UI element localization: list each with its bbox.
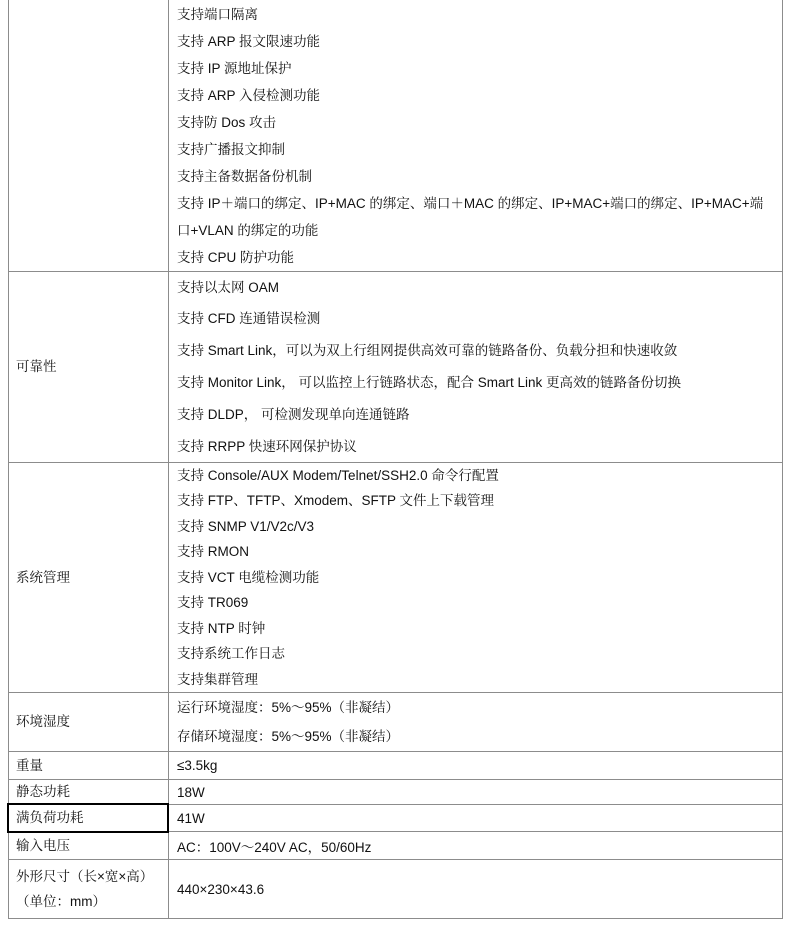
table-row: 静态功耗18W bbox=[9, 780, 782, 805]
spec-line: 支持 TR069 bbox=[177, 590, 774, 616]
spec-category-cell bbox=[9, 0, 169, 271]
table-row: 重量≤3.5kg bbox=[9, 752, 782, 780]
table-row: 可靠性支持以太网 OAM支持 CFD 连通错误检测支持 Smart Link，可… bbox=[9, 272, 782, 463]
spec-line: 支持 CFD 连通错误检测 bbox=[177, 303, 774, 335]
spec-line: 支持 DLDP， 可检测发现单向连通链路 bbox=[177, 399, 774, 431]
spec-value-cell: 支持端口隔离支持 ARP 报文限速功能支持 IP 源地址保护支持 ARP 入侵检… bbox=[169, 0, 782, 271]
table-row: 外形尺寸（长×宽×高）（单位：mm）440×230×43.6 bbox=[9, 860, 782, 919]
table-row: 输入电压AC：100V～240V AC，50/60Hz bbox=[9, 832, 782, 860]
spec-value-cell: 41W bbox=[169, 805, 782, 831]
spec-category-cell: 环境湿度 bbox=[9, 693, 169, 751]
spec-line: 支持 ARP 入侵检测功能 bbox=[177, 82, 774, 109]
spec-category-label: 外形尺寸（长×宽×高） bbox=[16, 864, 162, 889]
spec-category-cell: 输入电压 bbox=[9, 832, 169, 859]
spec-category-cell: 重量 bbox=[9, 752, 169, 779]
spec-category-label: 系统管理 bbox=[16, 566, 162, 590]
spec-value: ≤3.5kg bbox=[177, 758, 774, 773]
spec-value-cell: 支持以太网 OAM支持 CFD 连通错误检测支持 Smart Link，可以为双… bbox=[169, 272, 782, 462]
spec-category-label: 重量 bbox=[16, 754, 162, 778]
spec-category-cell: 系统管理 bbox=[9, 463, 169, 692]
spec-line: 支持广播报文抑制 bbox=[177, 136, 774, 163]
spec-value: 440×230×43.6 bbox=[177, 882, 774, 897]
spec-line: 运行环境湿度：5%～95%（非凝结） bbox=[177, 693, 774, 723]
spec-line: 支持 VCT 电缆检测功能 bbox=[177, 565, 774, 591]
spec-category-cell: 可靠性 bbox=[9, 272, 169, 462]
spec-category-label: 环境湿度 bbox=[16, 710, 162, 734]
table-row: 环境湿度运行环境湿度：5%～95%（非凝结）存储环境湿度：5%～95%（非凝结） bbox=[9, 693, 782, 752]
spec-line: 支持 FTP、TFTP、Xmodem、SFTP 文件上下载管理 bbox=[177, 488, 774, 514]
spec-line: 支持 ARP 报文限速功能 bbox=[177, 28, 774, 55]
spec-category-label: 输入电压 bbox=[16, 834, 162, 858]
spec-line: 支持 IP 源地址保护 bbox=[177, 55, 774, 82]
spec-line: 支持端口隔离 bbox=[177, 1, 774, 28]
spec-line: 存储环境湿度：5%～95%（非凝结） bbox=[177, 722, 774, 752]
spec-line: 支持 CPU 防护功能 bbox=[177, 244, 774, 271]
spec-category-cell: 外形尺寸（长×宽×高）（单位：mm） bbox=[9, 860, 169, 918]
table-row: 系统管理支持 Console/AUX Modem/Telnet/SSH2.0 命… bbox=[9, 463, 782, 693]
table-row: 满负荷功耗41W bbox=[9, 805, 782, 832]
spec-value: 41W bbox=[177, 811, 774, 826]
spec-category-label: 静态功耗 bbox=[16, 780, 162, 804]
spec-category-label: 满负荷功耗 bbox=[16, 806, 162, 830]
spec-line: 支持 Smart Link，可以为双上行组网提供高效可靠的链路备份、负载分担和快… bbox=[177, 335, 774, 367]
spec-line: 支持 IP＋端口的绑定、IP+MAC 的绑定、端口＋MAC 的绑定、IP+MAC… bbox=[177, 190, 774, 244]
spec-line: 支持集群管理 bbox=[177, 667, 774, 693]
spec-value-cell: AC：100V～240V AC，50/60Hz bbox=[169, 832, 782, 859]
spec-line: 支持防 Dos 攻击 bbox=[177, 109, 774, 136]
spec-value: 18W bbox=[177, 785, 774, 800]
spec-line: 支持以太网 OAM bbox=[177, 272, 774, 304]
spec-value-cell: 440×230×43.6 bbox=[169, 860, 782, 918]
spec-line: 支持 Monitor Link， 可以监控上行链路状态，配合 Smart Lin… bbox=[177, 367, 774, 399]
spec-value-cell: 18W bbox=[169, 780, 782, 804]
spec-value-cell: 运行环境湿度：5%～95%（非凝结）存储环境湿度：5%～95%（非凝结） bbox=[169, 693, 782, 751]
spec-line: 支持 SNMP V1/V2c/V3 bbox=[177, 514, 774, 540]
table-row: 支持端口隔离支持 ARP 报文限速功能支持 IP 源地址保护支持 ARP 入侵检… bbox=[9, 0, 782, 272]
spec-line: 支持 RRPP 快速环网保护协议 bbox=[177, 431, 774, 463]
spec-value: AC：100V～240V AC，50/60Hz bbox=[177, 836, 774, 856]
spec-category-label: 可靠性 bbox=[16, 355, 162, 379]
spec-line: 支持 RMON bbox=[177, 539, 774, 565]
spec-category-label: （单位：mm） bbox=[16, 889, 162, 914]
spec-table: 支持端口隔离支持 ARP 报文限速功能支持 IP 源地址保护支持 ARP 入侵检… bbox=[8, 0, 783, 919]
spec-line: 支持 NTP 时钟 bbox=[177, 616, 774, 642]
spec-value-cell: ≤3.5kg bbox=[169, 752, 782, 779]
spec-document-page: 支持端口隔离支持 ARP 报文限速功能支持 IP 源地址保护支持 ARP 入侵检… bbox=[0, 0, 790, 925]
spec-value-cell: 支持 Console/AUX Modem/Telnet/SSH2.0 命令行配置… bbox=[169, 463, 782, 692]
spec-category-cell-highlighted: 满负荷功耗 bbox=[9, 805, 169, 831]
spec-line: 支持主备数据备份机制 bbox=[177, 163, 774, 190]
spec-category-cell: 静态功耗 bbox=[9, 780, 169, 804]
spec-line: 支持系统工作日志 bbox=[177, 641, 774, 667]
spec-line: 支持 Console/AUX Modem/Telnet/SSH2.0 命令行配置 bbox=[177, 463, 774, 489]
